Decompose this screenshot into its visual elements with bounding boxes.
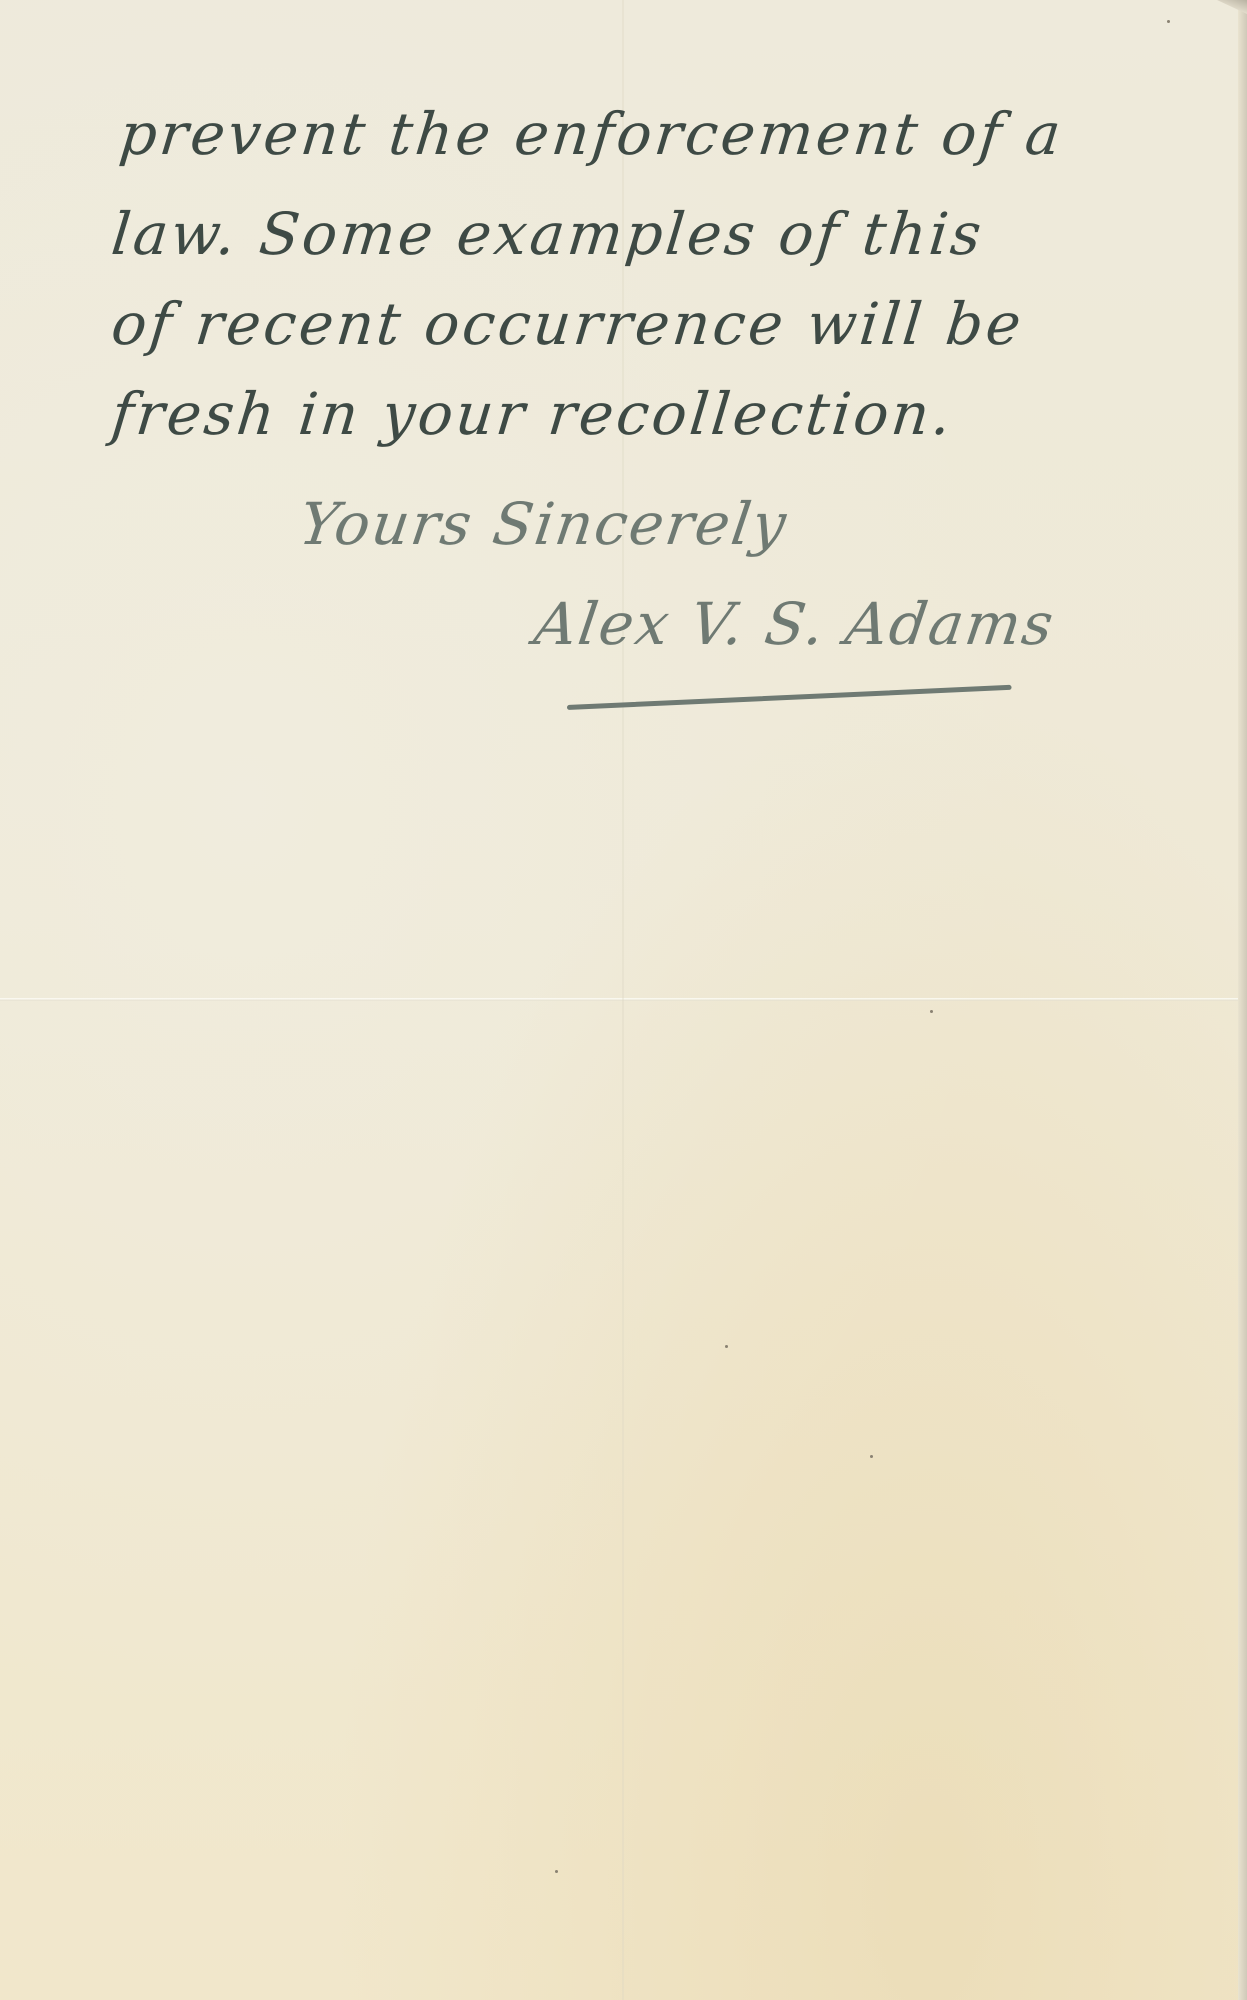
paper-speck [555, 1870, 558, 1873]
paper-speck [930, 1010, 933, 1013]
body-line-2: law. Some examples of this [108, 200, 987, 268]
paper-speck [870, 1455, 873, 1458]
horizontal-fold-crease [0, 998, 1238, 1001]
paper-speck [1167, 20, 1170, 23]
closing-salutation: Yours Sincerely [295, 490, 792, 558]
signature-underline [567, 685, 1012, 710]
body-line-4: fresh in your recollection. [108, 380, 957, 448]
paper-speck [725, 1345, 728, 1348]
signature: Alex V. S. Adams [530, 590, 1059, 658]
body-line-3: of recent occurrence will be [108, 290, 1027, 358]
page-right-edge [1238, 0, 1247, 2000]
letter-page: prevent the enforcement of a law. Some e… [0, 0, 1238, 2000]
body-line-1: prevent the enforcement of a [116, 100, 1066, 168]
